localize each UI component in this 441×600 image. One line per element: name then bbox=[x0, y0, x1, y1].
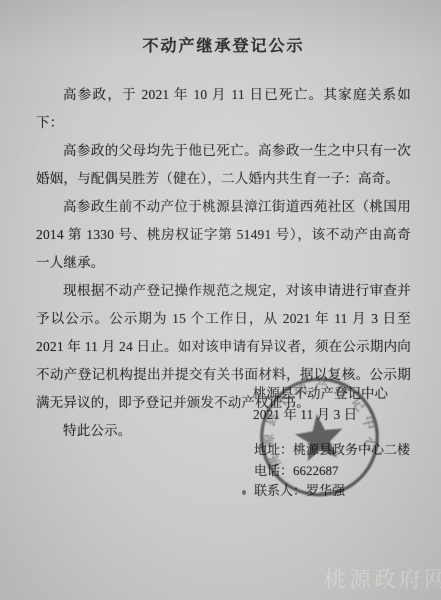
watermark-text: 桃源政府网 bbox=[324, 563, 441, 594]
document-photo: 不动产继承登记公示 高参政，于 2021 年 10 月 11 日已死亡。其家庭关… bbox=[0, 0, 441, 600]
signature-date: 2021 年 11 月 3 日 bbox=[253, 405, 388, 426]
ink-speck bbox=[242, 490, 246, 495]
paragraph-property-description: 高参政生前不动产位于桃源县漳江街道西苑社区（桃国用 2014 第 1330 号、… bbox=[36, 193, 411, 277]
paragraph-death-statement: 高参政，于 2021 年 10 月 11 日已死亡。其家庭关系如下： bbox=[36, 81, 411, 137]
document-title: 不动产继承登记公示 bbox=[36, 33, 411, 56]
contact-phone: 电话：6622687 bbox=[254, 461, 410, 482]
contact-block: 地址：桃源县政务中心二楼 电话：6622687 联系人：罗华强 bbox=[254, 440, 410, 502]
notice-document: 不动产继承登记公示 高参政，于 2021 年 10 月 11 日已死亡。其家庭关… bbox=[0, 0, 441, 445]
signature-block: 桃源县不动产登记中心 2021 年 11 月 3 日 bbox=[253, 384, 388, 425]
signature-organization: 桃源县不动产登记中心 bbox=[253, 384, 388, 405]
contact-person: 联系人：罗华强 bbox=[254, 481, 410, 502]
contact-address: 地址：桃源县政务中心二楼 bbox=[254, 440, 410, 461]
paragraph-family-relations: 高参政的父母均先于他已死亡。高参政一生之中只有一次婚姻，与配偶吴胜芳（健在），二… bbox=[36, 137, 411, 193]
